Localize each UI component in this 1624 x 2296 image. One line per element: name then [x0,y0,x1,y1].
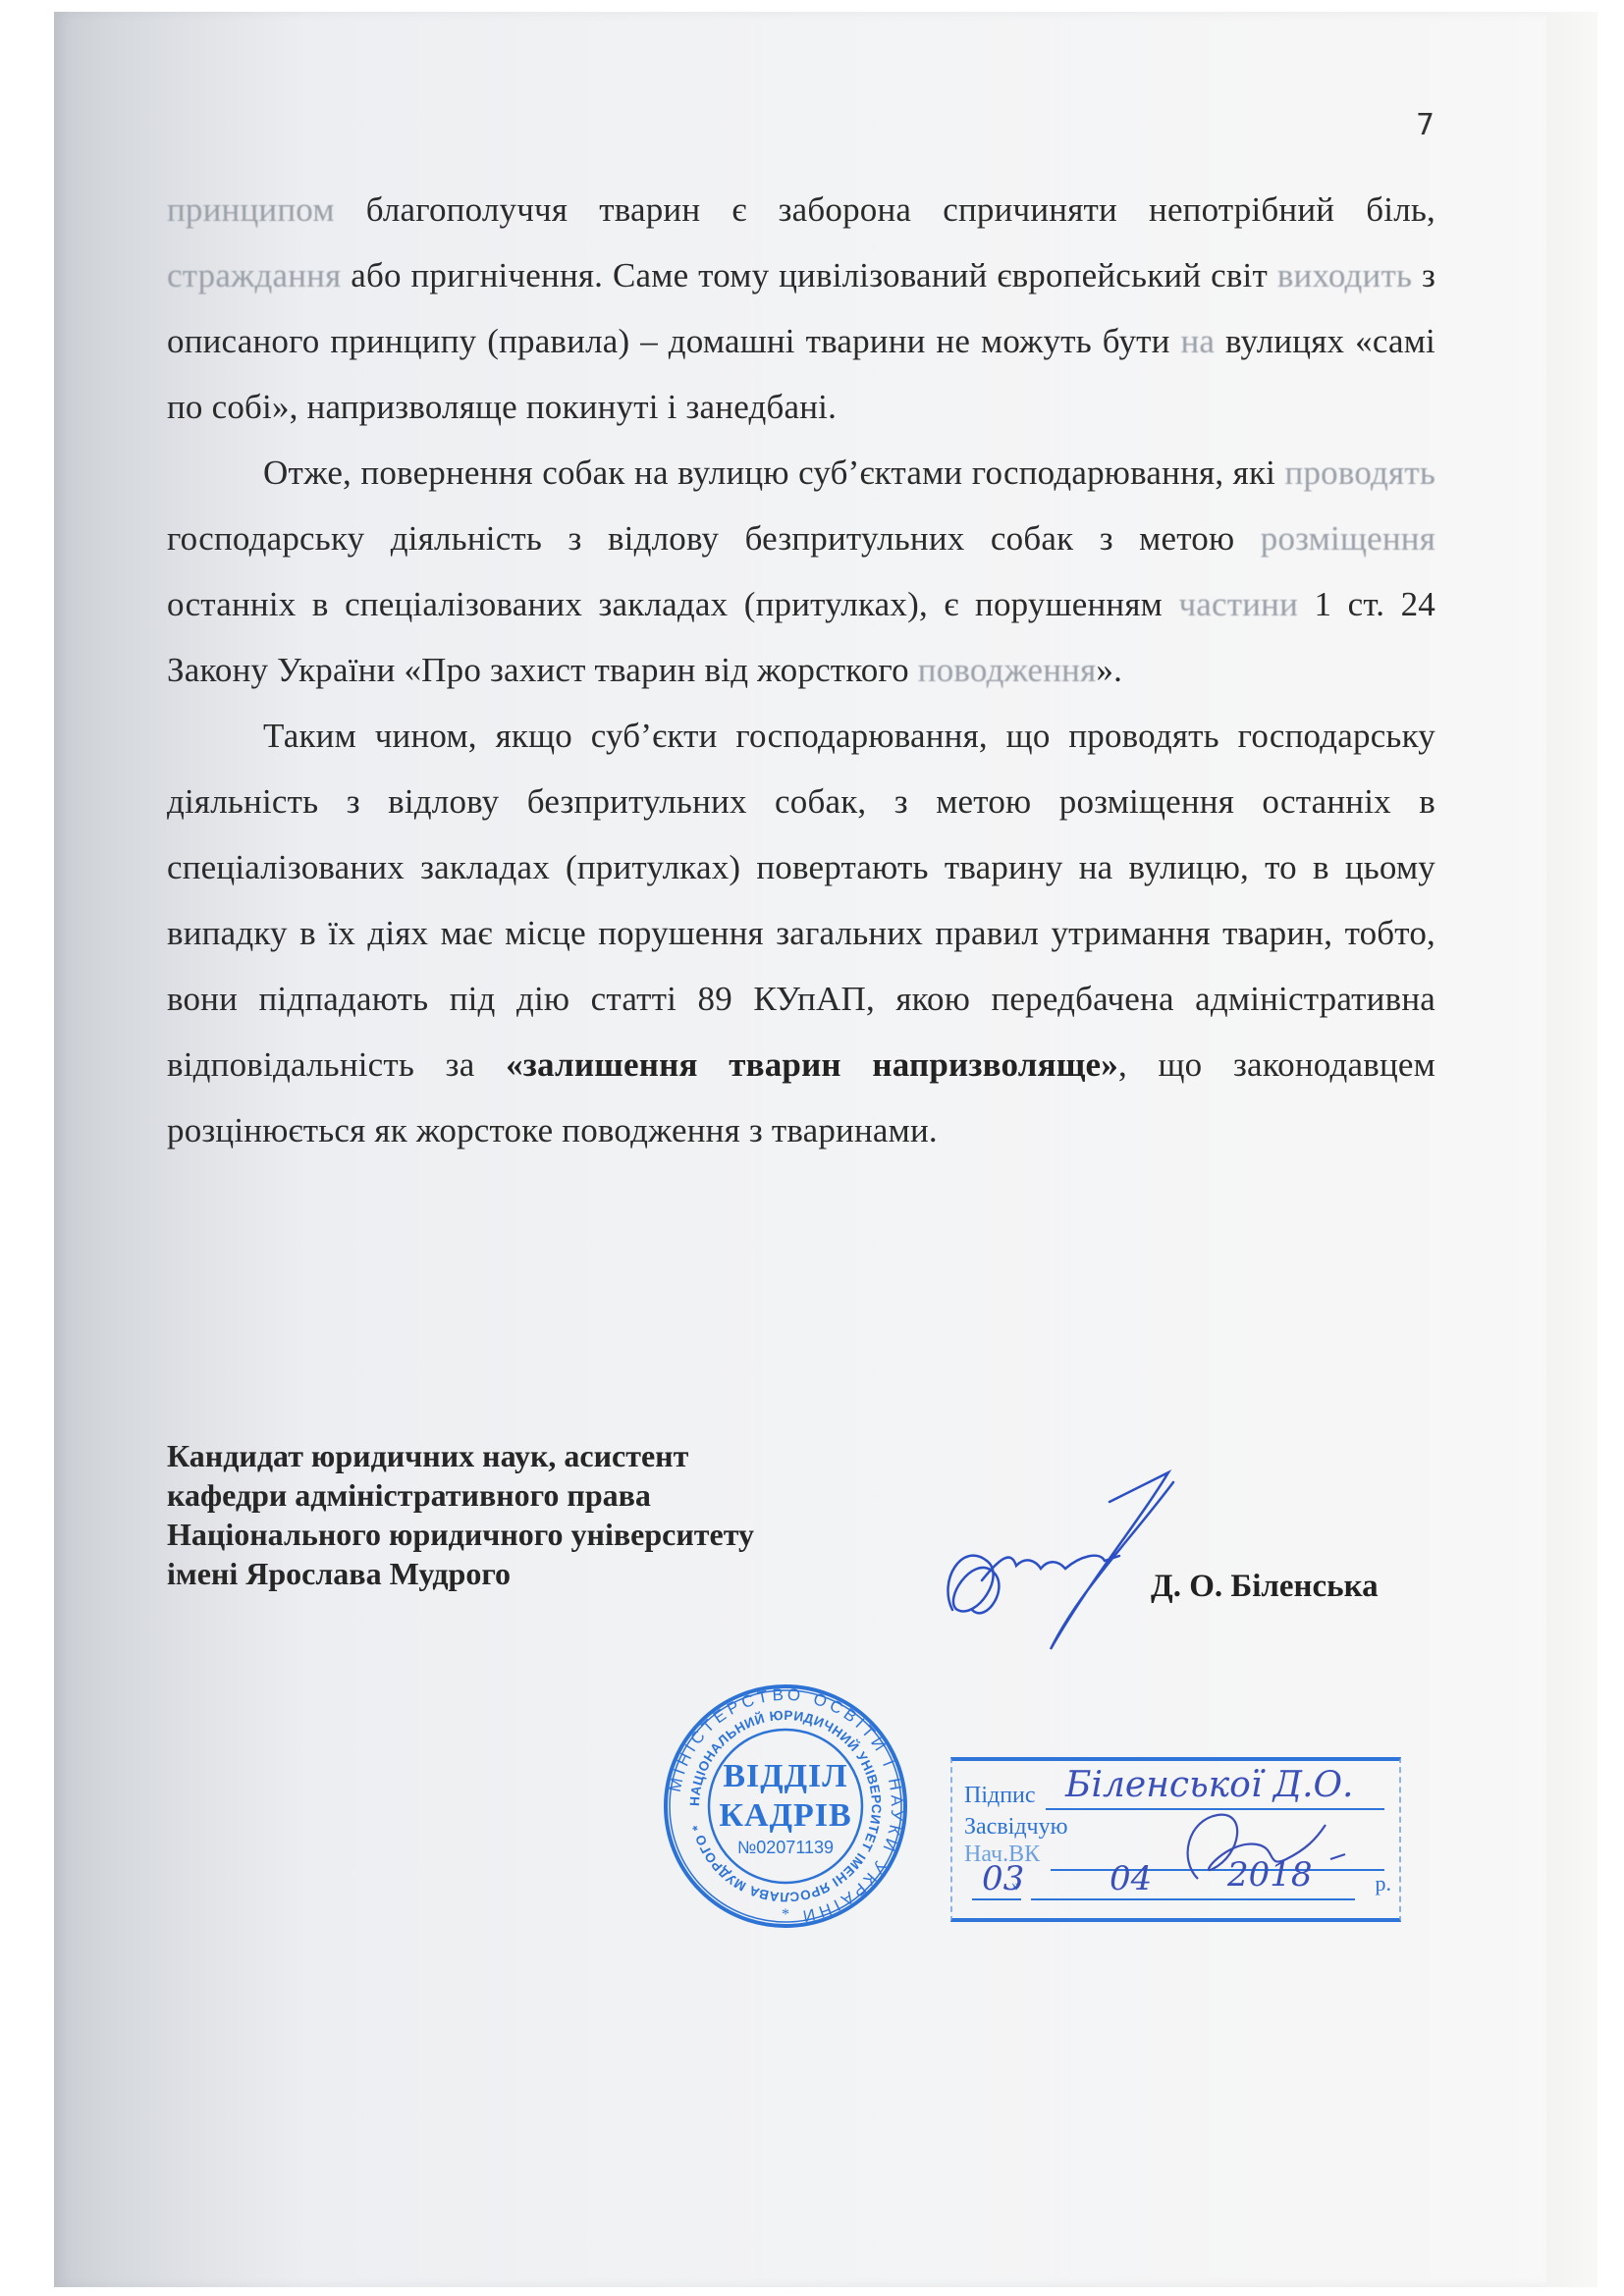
credential-line: Кандидат юридичних наук, асистент [167,1436,913,1475]
handwritten-month: 04 [1110,1859,1152,1898]
paragraph-text: ». [1096,651,1122,689]
faded-text: виходить [1277,256,1412,294]
paragraph-text: Таким чином, якщо суб’єкти господарюванн… [167,717,1435,1084]
seal-department-line: ВІДДІЛ [663,1757,908,1796]
seal-registration-number: №02071139 [663,1836,908,1859]
handwritten-year: 2018 [1227,1855,1313,1895]
certification-stamp: Підпис Біленської Д.О. Засвідчую Нач.ВК … [950,1757,1401,1922]
paragraph-text: або пригнічення. Саме тому цивілізований… [341,256,1276,294]
stamp-label-signature: Підпис [964,1783,1036,1809]
paragraph-text: господарську діяльність з відлову безпри… [167,519,1261,558]
paragraph-text: Отже, повернення собак на вулицю суб’єкт… [263,454,1285,492]
paragraph-3: Таким чином, якщо суб’єкти господарюванн… [167,703,1435,1163]
svg-text:*: * [782,1906,789,1923]
faded-text: страждання [167,256,341,294]
faded-text: розміщення [1261,519,1435,558]
faded-text: проводять [1285,454,1435,492]
handwritten-name: Біленської Д.О. [1065,1765,1353,1805]
handwritten-day: 03 [982,1859,1024,1898]
year-suffix: р. [1376,1871,1392,1896]
paragraph-text: останніх в спеціалізованих закладах (при… [167,585,1178,623]
bold-quote: «залишення тварин напризволяще» [506,1045,1118,1084]
paragraph-2: Отже, повернення собак на вулицю суб’єкт… [167,440,1435,703]
stamp-label-certify: Засвідчую [964,1814,1068,1841]
page-number: 7 [1416,108,1435,142]
author-credentials: Кандидат юридичних наук, асистент кафедр… [167,1436,913,1593]
stamp-underline [1031,1898,1355,1900]
faded-text: поводження [918,651,1097,689]
document-body: принципом благополуччя тварин є заборона… [167,177,1435,1163]
faded-text: на [1180,322,1215,360]
seal-department-line: КАДРІВ [663,1796,908,1836]
credential-line: Національного юридичного університету [167,1515,913,1554]
stamp-underline [972,1898,1021,1900]
author-name: Д. О. Біленська [1151,1569,1379,1605]
seal-center-text: ВІДДІЛ КАДРІВ №02071139 [663,1757,908,1859]
credential-line: кафедри адміністративного права [167,1475,913,1515]
paragraph-text: благополуччя тварин є заборона спричинят… [335,190,1435,229]
paragraph-1: принципом благополуччя тварин є заборона… [167,177,1435,440]
scan-edge [1546,12,1597,2287]
credential-line: імені Ярослава Мудрого [167,1554,913,1593]
faded-text: частини [1178,585,1298,623]
faded-text: принципом [167,190,335,229]
handwritten-signature-icon [933,1463,1188,1659]
